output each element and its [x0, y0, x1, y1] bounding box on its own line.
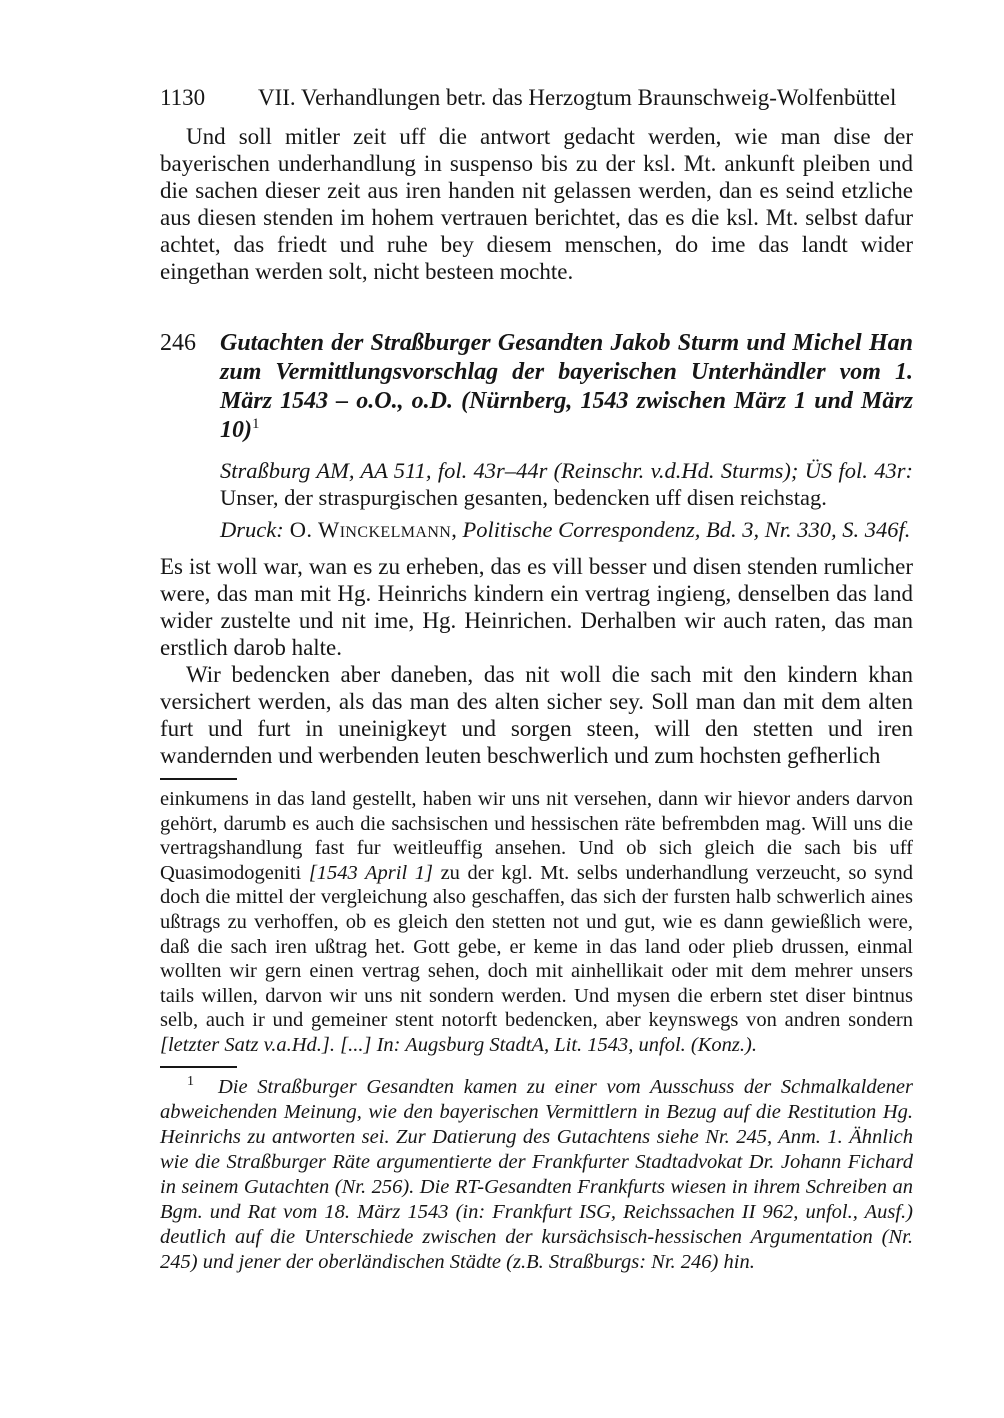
source-block: Straßburg AM, AA 511, fol. 43r–44r (Rein… — [220, 457, 913, 511]
footnote-1: 1Die Straßburger Gesandten kamen zu eine… — [160, 1075, 913, 1275]
paragraph-es-ist: Es ist woll war, wan es zu erheben, das … — [160, 553, 913, 661]
footnote-separator-rule — [160, 778, 237, 780]
druck-work: Politische Correspondenz, Bd. 3, Nr. 330… — [463, 517, 911, 542]
print-reference: Druck: O. Winckelmann, Politische Corres… — [220, 516, 913, 543]
entry-title: Gutachten der Straßburger Gesandten Jako… — [220, 329, 913, 445]
apparatus-segment-editorial: [1543 April 1] — [309, 862, 433, 884]
page-number: 1130 — [160, 84, 258, 111]
paragraph-wir-bedencken: Wir bedencken aber daneben, das nit woll… — [160, 661, 913, 769]
footnote-1-marker: 1 — [187, 1074, 218, 1089]
archival-citation: Straßburg AM, AA 511, fol. 43r–44r (Rein… — [220, 458, 913, 483]
footnote-separator-rule-2 — [160, 1066, 237, 1068]
entry-number: 246 — [160, 329, 220, 445]
running-title: VII. Verhandlungen betr. das Herzogtum B… — [258, 85, 896, 110]
page-content: 1130VII. Verhandlungen betr. das Herzogt… — [160, 84, 913, 1275]
source-heading-quote: Unser, der straspurgischen gesanten, bed… — [220, 485, 827, 510]
book-page: 1130VII. Verhandlungen betr. das Herzogt… — [0, 0, 1004, 1418]
druck-separator: , — [451, 517, 462, 542]
druck-author: O. Winckelmann — [284, 517, 452, 542]
footnote-ref-1: 1 — [252, 416, 260, 432]
entry-title-text: Gutachten der Straßburger Gesandten Jako… — [220, 330, 913, 443]
paragraph-intro: Und soll mitler zeit uff die antwort ged… — [160, 123, 913, 285]
apparatus-segment-editorial: [letzter Satz v.a.Hd.]. [...] In: Augsbu… — [160, 1034, 757, 1056]
apparatus-segment: zu der kgl. Mt. selbs underhandlung verz… — [160, 862, 913, 1032]
footnote-1-text: Die Straßburger Gesandten kamen zu einer… — [160, 1076, 913, 1273]
druck-label: Druck: — [220, 517, 284, 542]
apparatus-continuation: einkumens in das land gestellt, haben wi… — [160, 787, 913, 1058]
entry-heading-row: 246 Gutachten der Straßburger Gesandten … — [160, 329, 913, 445]
entry-246: 246 Gutachten der Straßburger Gesandten … — [160, 329, 913, 543]
running-header: 1130VII. Verhandlungen betr. das Herzogt… — [160, 84, 913, 111]
